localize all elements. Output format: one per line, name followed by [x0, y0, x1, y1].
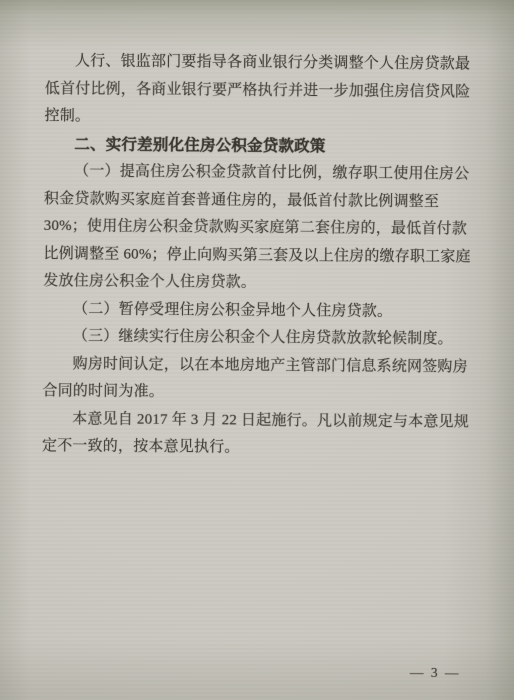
text-line: 控制。: [44, 103, 474, 134]
text-line: 合同的时间为准。: [42, 378, 472, 409]
document-body-text: 人行、银监部门要指导各商业银行分类调整个人住房贷款最 低首付比例，各商业银行要严…: [42, 48, 475, 464]
scanned-page-photo: 人行、银监部门要指导各商业银行分类调整个人住房贷款最 低首付比例，各商业银行要严…: [0, 0, 514, 700]
text-line: （一）提高住房公积金贷款首付比例，缴存职工使用住房公: [44, 158, 474, 189]
page-number: — 3 —: [397, 665, 473, 682]
text-line: 积金贷款购买家庭首套普通住房的，最低首付款比例调整至: [44, 185, 474, 216]
text-line: 购房时间认定，以在本地房地产主管部门信息系统网签购房: [43, 350, 473, 381]
text-line: 人行、银监部门要指导各商业银行分类调整个人住房贷款最: [45, 48, 475, 79]
section-heading: 二、实行差别化住房公积金贷款政策: [44, 130, 474, 161]
text-line: 发放住房公积金个人住房贷款。: [43, 268, 473, 299]
text-line: 定不一致的，按本意见执行。: [42, 433, 472, 464]
document-sheet: 人行、银监部门要指导各商业银行分类调整个人住房贷款最 低首付比例，各商业银行要严…: [0, 0, 514, 700]
text-line: 30%；使用住房公积金贷款购买家庭第二套住房的，最低首付款: [44, 213, 474, 244]
text-line: 本意见自 2017 年 3 月 22 日起施行。凡以前规定与本意见规: [42, 405, 472, 436]
text-line: 低首付比例，各商业银行要严格执行并进一步加强住房信贷风险: [45, 75, 475, 106]
text-line: （二）暂停受理住房公积金异地个人住房贷款。: [43, 295, 473, 326]
text-line: 比例调整至 60%；停止向购买第三套及以上住房的缴存职工家庭: [43, 240, 473, 271]
text-line: （三）继续实行住房公积金个人住房贷款放款轮候制度。: [43, 323, 473, 354]
